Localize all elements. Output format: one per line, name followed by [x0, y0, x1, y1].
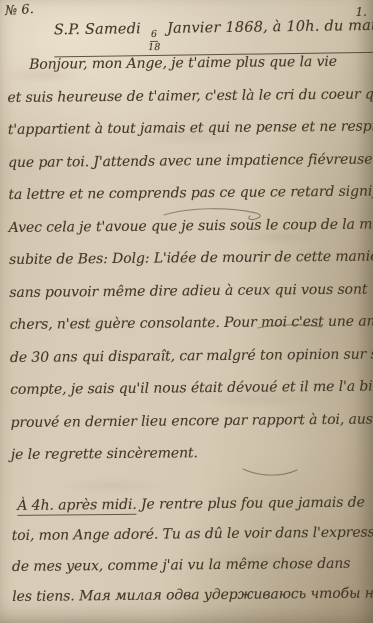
manuscript-line: je le regrette sincèrement. — [11, 435, 373, 471]
manuscript-line: compte, je sais qu'il nous était dévoué … — [10, 370, 373, 406]
manuscript-line-section-start: À 4h. après midi. Je rentre plus fou que… — [11, 487, 373, 521]
manuscript-line: t'appartient à tout jamais et qui ne pen… — [8, 110, 373, 146]
date-old-style: 6 — [150, 30, 158, 42]
manuscript-line: de mes yeux, comme j'ai vu la même chose… — [12, 548, 373, 582]
dateline-prefix: S.P. Samedi — [54, 21, 141, 38]
page-annotation-number: № 6. — [5, 2, 35, 19]
underlined-time-note: À 4h. après midi. — [17, 496, 136, 515]
manuscript-line: et suis heureuse de t'aimer, c'est là le… — [7, 78, 373, 114]
dateline-suffix: Janvier 1868, à 10h. du matin — [167, 18, 373, 37]
manuscript-line: Bonjour, mon Ange, je t'aime plus que la… — [7, 45, 373, 81]
manuscript-line: de 30 ans qui disparaît, car malgré ton … — [10, 338, 373, 374]
manuscript-line: que par toi. J'attends avec une impatien… — [8, 143, 373, 179]
manuscript-line: Avec cela je t'avoue que je suis sous le… — [9, 208, 373, 244]
manuscript-line: les tiens. Мая милая одва удерживаюсь чт… — [12, 579, 373, 613]
manuscript-line: toi, mon Ange adoré. Tu as dû le voir da… — [12, 518, 373, 552]
manuscript-line: chers, n'est guère consolante. Pour moi … — [9, 305, 373, 341]
manuscript-line: sans pouvoir même dire adieu à ceux qui … — [9, 273, 373, 309]
manuscript-line: prouvé en dernier lieu encore par rappor… — [10, 403, 373, 439]
page-number: 1. — [356, 5, 367, 19]
manuscript-line: subite de Bes: Dolg: L'idée de mourir de… — [9, 240, 373, 276]
manuscript-line: ta lettre et ne comprends pas ce que ce … — [8, 175, 373, 211]
manuscript-page: № 6. 1. S.P. Samedi 618 Janvier 1868, à … — [0, 0, 373, 623]
line-continuation: Je rentre plus fou que jamais de — [137, 494, 365, 512]
letter-body: Bonjour, mon Ange, je t'aime plus que la… — [7, 45, 373, 612]
